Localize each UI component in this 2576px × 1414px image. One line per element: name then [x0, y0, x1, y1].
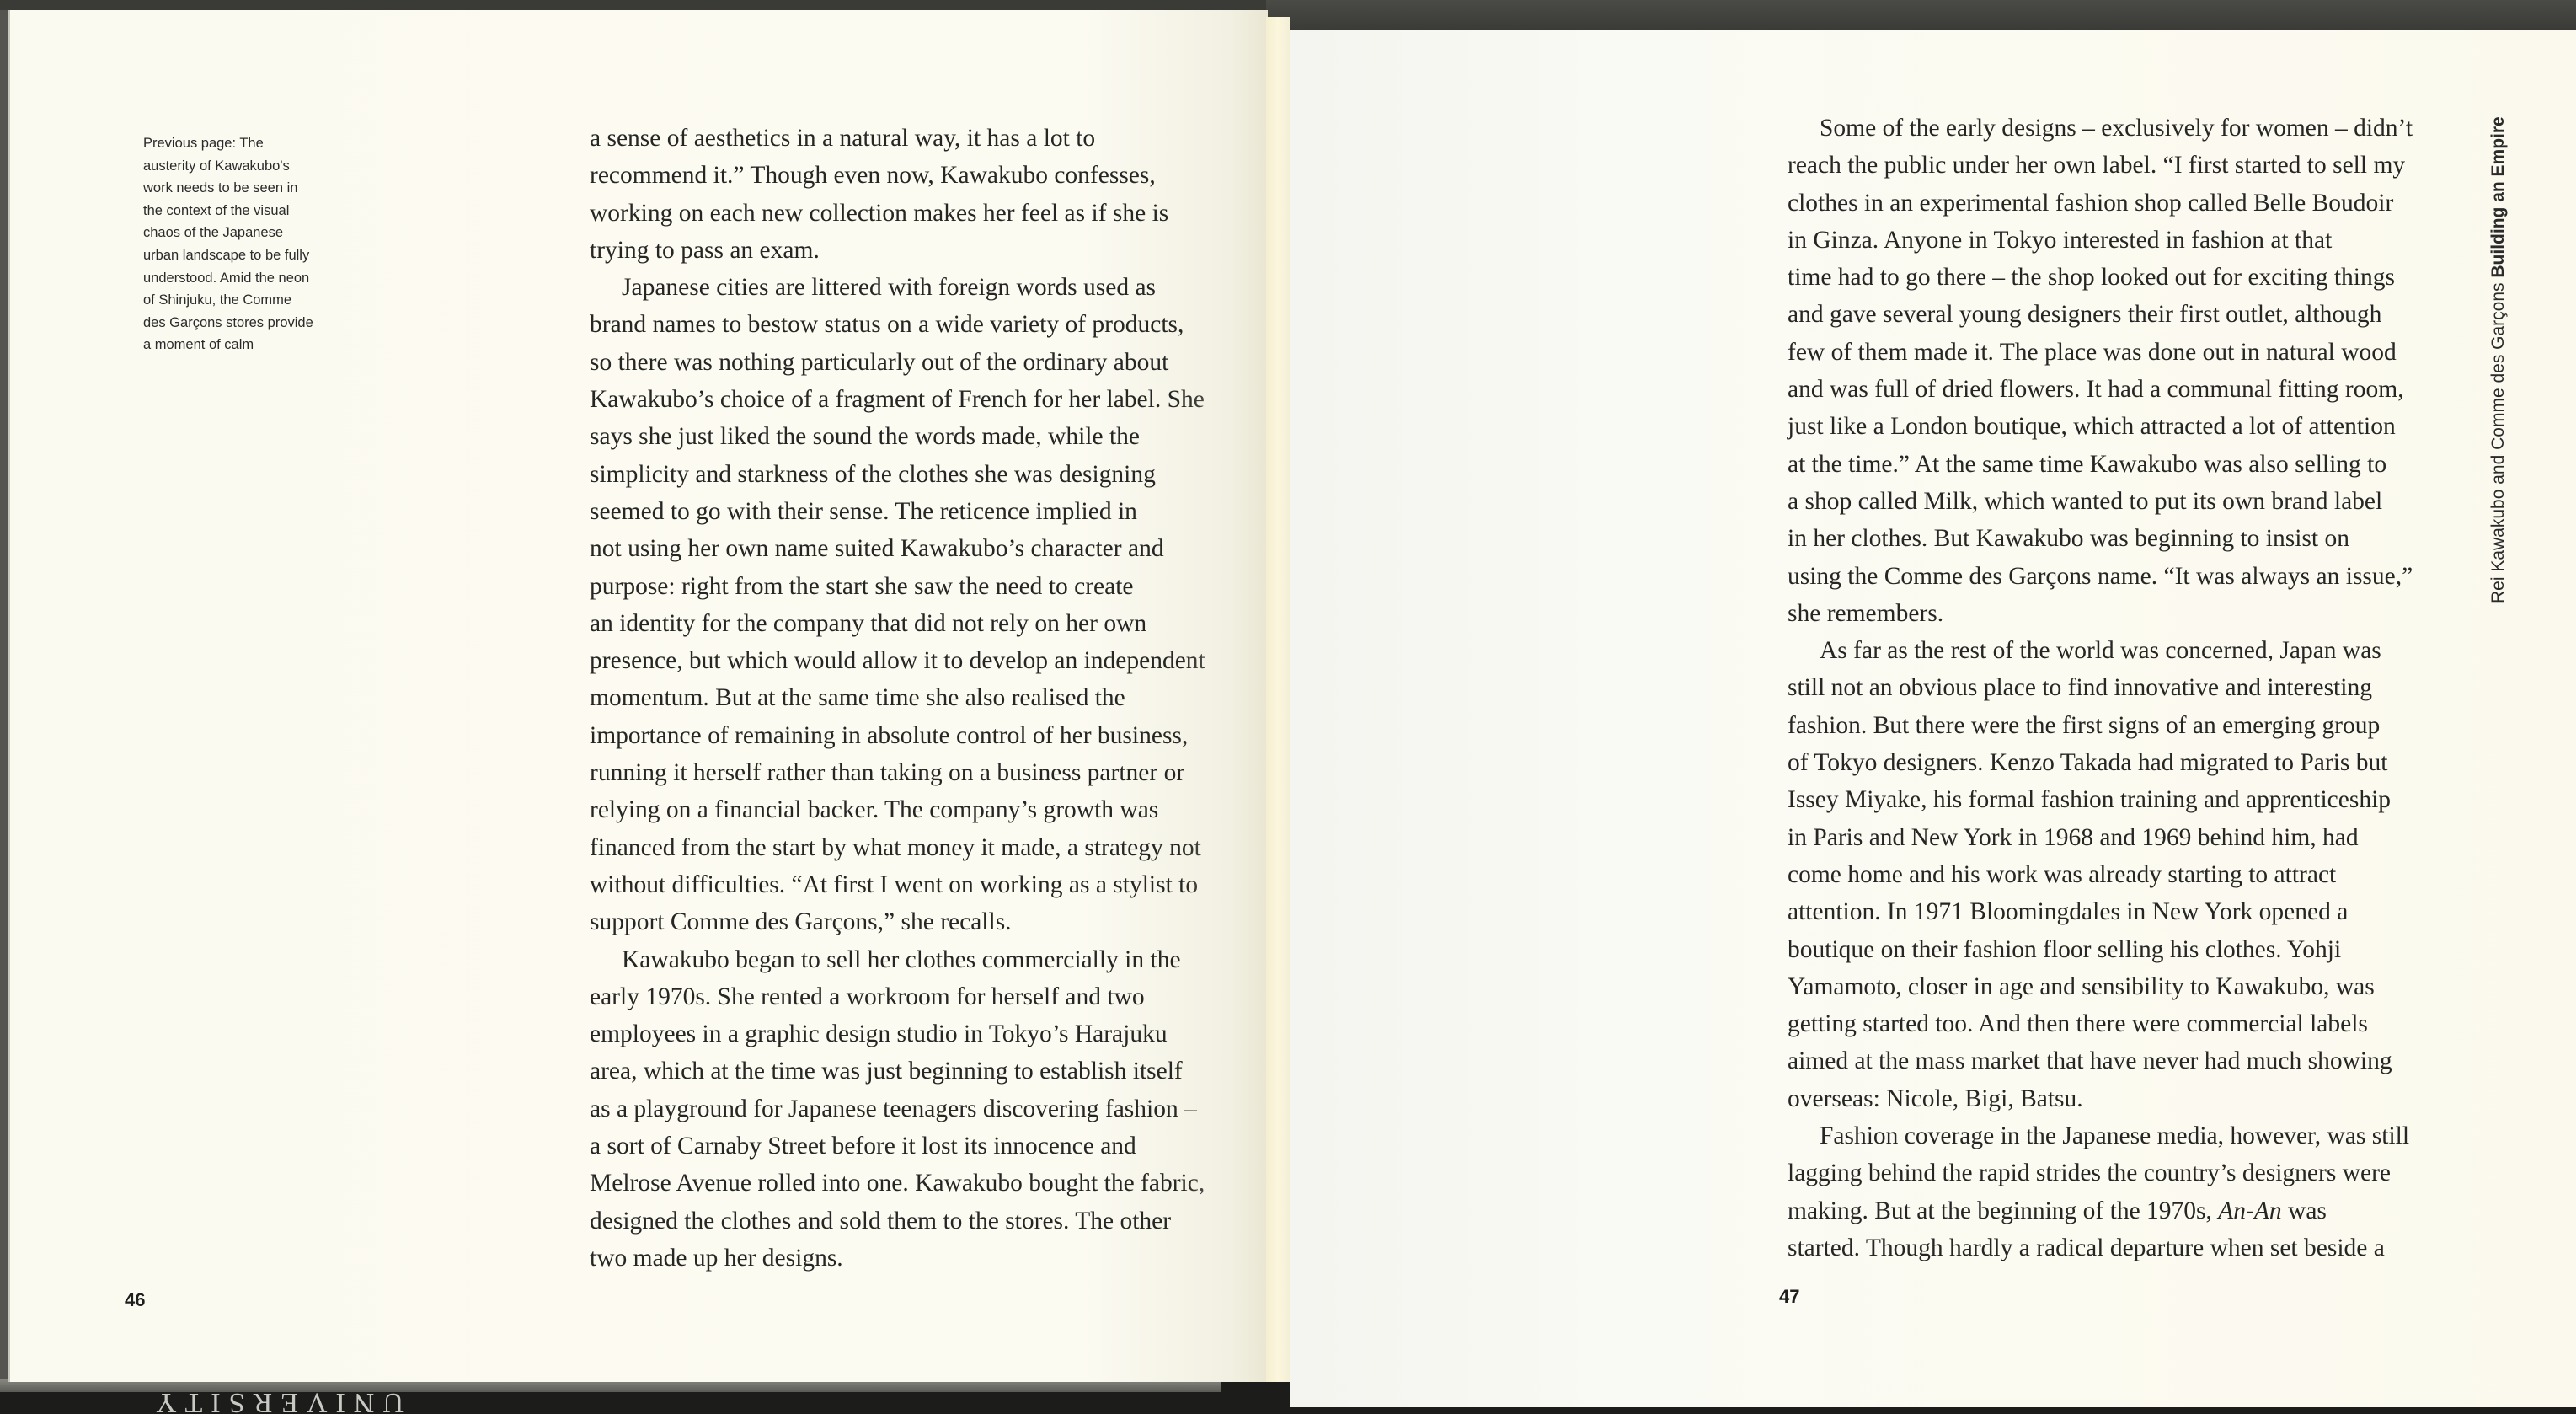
- text-line: time had to go there – the shop looked o…: [1788, 259, 2461, 296]
- text-line: not using her own name suited Kawakubo’s…: [590, 530, 1264, 567]
- text-line: reach the public under her own label. “I…: [1788, 147, 2461, 184]
- caption-line: urban landscape to be fully: [143, 244, 354, 267]
- page-number-left: 46: [125, 1289, 145, 1311]
- text-line: Yamamoto, closer in age and sensibility …: [1788, 968, 2461, 1005]
- text-line: financed from the start by what money it…: [590, 829, 1264, 866]
- text-line: getting started too. And then there were…: [1788, 1005, 2461, 1042]
- text-line: running it herself rather than taking on…: [590, 754, 1264, 791]
- text-line: aimed at the mass market that have never…: [1788, 1042, 2461, 1079]
- text-line: attention. In 1971 Bloomingdales in New …: [1788, 893, 2461, 930]
- text-run: making. But at the beginning of the 1970…: [1788, 1197, 2212, 1224]
- caption-line: austerity of Kawakubo's: [143, 155, 354, 178]
- text-run: was: [2282, 1197, 2327, 1224]
- page-number-right: 47: [1779, 1286, 1799, 1308]
- text-line: working on each new collection makes her…: [590, 195, 1264, 232]
- text-line: Issey Miyake, his formal fashion trainin…: [1788, 781, 2461, 818]
- text-line: a sort of Carnaby Street before it lost …: [590, 1127, 1264, 1165]
- text-line: designed the clothes and sold them to th…: [590, 1202, 1264, 1240]
- text-line: without difficulties. “At first I went o…: [590, 866, 1264, 903]
- text-line: seemed to go with their sense. The retic…: [590, 493, 1264, 530]
- paragraph-start-line: Fashion coverage in the Japanese media, …: [1788, 1117, 2461, 1154]
- caption-line: des Garçons stores provide: [143, 312, 354, 335]
- text-line: in Paris and New York in 1968 and 1969 b…: [1788, 819, 2461, 856]
- text-line: employees in a graphic design studio in …: [590, 1015, 1264, 1052]
- caption-line: chaos of the Japanese: [143, 222, 354, 244]
- paragraph-start-line: Some of the early designs – exclusively …: [1788, 110, 2461, 147]
- running-header: Rei Kawakubo and Comme des Garçons Build…: [2487, 116, 2510, 603]
- text-line: a sense of aesthetics in a natural way, …: [590, 120, 1264, 157]
- text-line: an identity for the company that did not…: [590, 605, 1264, 642]
- text-line: momentum. But at the same time she also …: [590, 679, 1264, 716]
- paragraph-start-line: As far as the rest of the world was conc…: [1788, 632, 2461, 669]
- text-line: in Ginza. Anyone in Tokyo interested in …: [1788, 222, 2461, 259]
- text-line: overseas: Nicole, Bigi, Batsu.: [1788, 1080, 2461, 1117]
- gutter: [1266, 17, 1290, 1382]
- text-line: clothes in an experimental fashion shop …: [1788, 185, 2461, 222]
- text-line: at the time.” At the same time Kawakubo …: [1788, 446, 2461, 483]
- text-line: relying on a financial backer. The compa…: [590, 791, 1264, 828]
- text-line: recommend it.” Though even now, Kawakubo…: [590, 157, 1264, 194]
- text-line: support Comme des Garçons,” she recalls.: [590, 903, 1264, 940]
- paragraph-start-line: Japanese cities are littered with foreig…: [590, 269, 1264, 306]
- text-line: Kawakubo’s choice of a fragment of Frenc…: [590, 381, 1264, 418]
- paragraph-start-line: Kawakubo began to sell her clothes comme…: [590, 941, 1264, 978]
- cover-spine-text: UNIVERSITY: [147, 1390, 404, 1414]
- text-line: using the Comme des Garçons name. “It wa…: [1788, 558, 2461, 595]
- text-line: presence, but which would allow it to de…: [590, 642, 1264, 679]
- caption-line: understood. Amid the neon: [143, 267, 354, 290]
- text-line: Melrose Avenue rolled into one. Kawakubo…: [590, 1165, 1264, 1202]
- magazine-title-italic: An-An: [2218, 1197, 2281, 1224]
- text-line: come home and his work was already start…: [1788, 856, 2461, 893]
- caption-line: a moment of calm: [143, 334, 354, 356]
- text-line: of Tokyo designers. Kenzo Takada had mig…: [1788, 744, 2461, 781]
- text-line: and gave several young designers their f…: [1788, 296, 2461, 333]
- text-line-with-italic: making. But at the beginning of the 1970…: [1788, 1192, 2461, 1229]
- book-cover-top-left: [0, 0, 1266, 10]
- text-line: area, which at the time was just beginni…: [590, 1052, 1264, 1090]
- left-body-text: a sense of aesthetics in a natural way, …: [590, 120, 1264, 1277]
- text-line: lagging behind the rapid strides the cou…: [1788, 1154, 2461, 1192]
- image-caption: Previous page: The austerity of Kawakubo…: [143, 132, 354, 356]
- text-line: importance of remaining in absolute cont…: [590, 717, 1264, 754]
- right-body-text: Some of the early designs – exclusively …: [1788, 110, 2461, 1267]
- text-line: as a playground for Japanese teenagers d…: [590, 1090, 1264, 1127]
- caption-line: work needs to be seen in: [143, 177, 354, 200]
- text-line: early 1970s. She rented a workroom for h…: [590, 978, 1264, 1015]
- text-line: brand names to bestow status on a wide v…: [590, 306, 1264, 343]
- text-line: trying to pass an exam.: [590, 232, 1264, 269]
- text-line: in her clothes. But Kawakubo was beginni…: [1788, 520, 2461, 557]
- text-line: just like a London boutique, which attra…: [1788, 408, 2461, 445]
- text-line: she remembers.: [1788, 595, 2461, 632]
- caption-line: the context of the visual: [143, 200, 354, 222]
- text-line: purpose: right from the start she saw th…: [590, 568, 1264, 605]
- running-header-chapter-title: Building an Empire: [2488, 116, 2508, 277]
- text-line: boutique on their fashion floor selling …: [1788, 931, 2461, 968]
- text-line: so there was nothing particularly out of…: [590, 344, 1264, 381]
- text-line: few of them made it. The place was done …: [1788, 334, 2461, 371]
- caption-line: Previous page: The: [143, 132, 354, 155]
- book-cover-left-edge: [0, 0, 8, 1382]
- text-line: says she just liked the sound the words …: [590, 418, 1264, 455]
- text-line: still not an obvious place to find innov…: [1788, 669, 2461, 706]
- caption-line: of Shinjuku, the Comme: [143, 289, 354, 312]
- text-line: started. Though hardly a radical departu…: [1788, 1229, 2461, 1267]
- running-header-book-title: Rei Kawakubo and Comme des Garçons: [2488, 282, 2508, 603]
- text-line: and was full of dried flowers. It had a …: [1788, 371, 2461, 408]
- text-line: simplicity and starkness of the clothes …: [590, 456, 1264, 493]
- text-line: two made up her designs.: [590, 1240, 1264, 1277]
- text-line: fashion. But there were the first signs …: [1788, 707, 2461, 744]
- text-line: a shop called Milk, which wanted to put …: [1788, 483, 2461, 520]
- book-cover-top-right: [1266, 0, 2576, 30]
